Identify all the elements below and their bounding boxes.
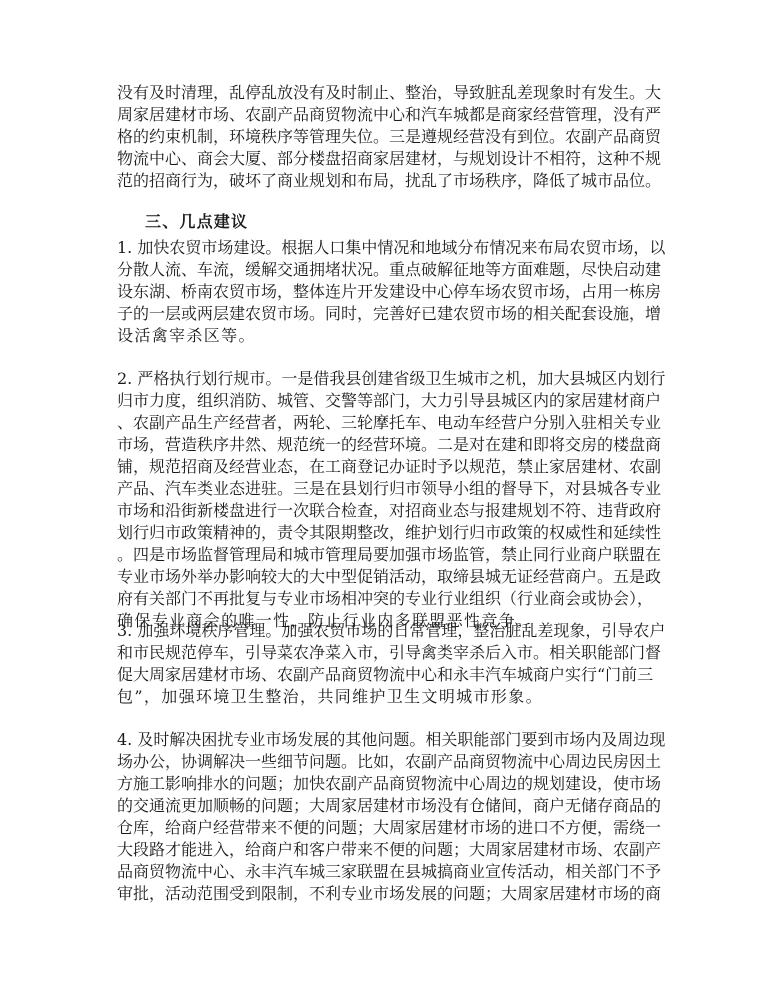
text-line: 没有及时清理，乱停乱放没有及时制止、整治，导致脏乱差现象时有发生。大 [117,82,640,104]
text-line: 铺，规范招商及经营业态，在工商登记办证时予以规范，禁止家居建材、农副 [117,456,640,478]
text-line: 和市民规范停车，引导菜农净菜入市，引导禽类宰杀后入市。相关职能部门督 [117,642,640,664]
text-line: 格的约束机制，环境秩序等管理失位。三是遵规经营没有到位。农副产品商贸 [117,126,640,148]
text-line: 府有关部门不再批复与专业市场相冲突的专业行业组织（行业商会或协会）， [117,588,640,610]
text-line: 方施工影响排水的问题；加快农副产品商贸物流中心周边的规划建设，使市场 [117,773,640,795]
text-line: 产品、汽车类业态进驻。三是在县划行归市领导小组的督导下，对县城各专业 [117,478,640,500]
text-line: 分散人流、车流，缓解交通拥堵状况。重点破解征地等方面难题，尽快启动建 [117,259,640,281]
text-line: 专业市场外举办影响较大的大中型促销活动，取缔县城无证经营商户。五是政 [117,566,640,588]
text-line: 1. 加快农贸市场建设。根据人口集中情况和地域分布情况来布局农贸市场，以 [117,237,640,259]
text-line: 仓库，给商户经营带来不便的问题；大周家居建材市场的进口不方便，需绕一 [117,817,640,839]
text-line: 4. 及时解决困扰专业市场发展的其他问题。相关职能部门要到市场内及周边现 [117,729,640,751]
text-line: 归市力度，组织消防、城管、交警等部门，大力引导县城区内的家居建材商户 [117,390,640,412]
text-line: 。四是市场监督管理局和城市管理局要加强市场监管，禁止同行业商户联盟在 [117,544,640,566]
text-line: 场办公，协调解决一些细节问题。比如，农副产品商贸物流中心周边民房因土 [117,751,640,773]
text-line: 促大周家居建材市场、农副产品商贸物流中心和永丰汽车城商户实行“门前三 [117,664,640,686]
text-line: 物流中心、商会大厦、部分楼盘招商家居建材，与规划设计不相符，这种不规 [117,148,640,170]
text-line: 包”，加强环境卫生整治，共同维护卫生文明城市形象。 [117,686,640,708]
text-line: 大段路才能进入，给商户和客户带来不便的问题；大周家居建材市场、农副产 [117,839,640,861]
text-line: 审批，活动范围受到限制，不利专业市场发展的问题；大周家居建材市场的商 [117,883,640,905]
text-line: 市场和沿街新楼盘进行一次联合检查，对招商业态与报建规划不符、违背政府 [117,500,640,522]
text-line: 范的招商行为，破坏了商业规划和布局，扰乱了市场秩序，降低了城市品位。 [117,170,640,192]
text-line: 的交通流更加顺畅的问题；大周家居建材市场没有仓储间，商户无储存商品的 [117,795,640,817]
section-heading: 三、几点建议 [145,211,248,233]
text-line: 市场，营造秩序井然、规范统一的经营环境。二是对在建和即将交房的楼盘商 [117,434,640,456]
text-line: 2. 严格执行划行规市。一是借我县创建省级卫生城市之机，加大县城区内划行 [117,368,640,390]
text-line: 、农副产品生产经营者，两轮、三轮摩托车、电动车经营户分别入驻相关专业 [117,412,640,434]
text-line: 划行归市政策精神的，责令其限期整改，维护划行归市政策的权威性和延续性 [117,522,640,544]
text-line: 子的一层或两层建农贸市场。同时，完善好已建农贸市场的相关配套设施，增 [117,303,640,325]
text-line: 3. 加强环境秩序管理。加强农贸市场的日常管理，整治脏乱差现象，引导农户 [117,620,640,642]
text-line: 设东湖、桥南农贸市场，整体连片开发建设中心停车场农贸市场，占用一栋房 [117,281,640,303]
text-line: 品商贸物流中心、永丰汽车城三家联盟在县城搞商业宣传活动，相关部门不予 [117,861,640,883]
text-line: 周家居建材市场、农副产品商贸物流中心和汽车城都是商家经营管理，没有严 [117,104,640,126]
text-line: 设活禽宰杀区等。 [117,325,640,347]
document-page: 没有及时清理，乱停乱放没有及时制止、整治，导致脏乱差现象时有发生。大 周家居建材… [0,0,770,1000]
